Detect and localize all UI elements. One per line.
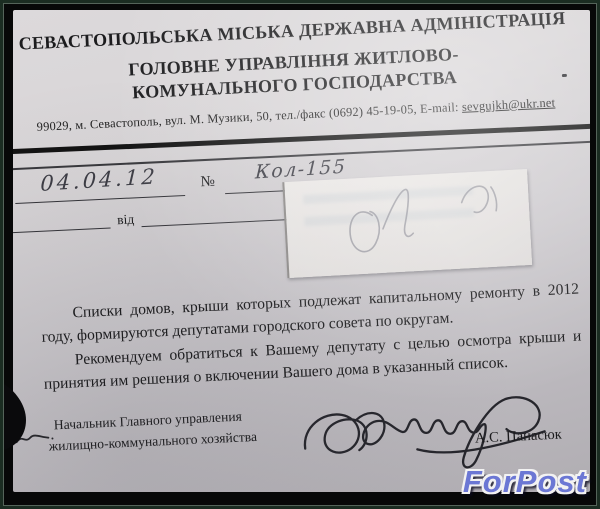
dark-object-at-edge <box>4 384 38 468</box>
frame-bevel-line <box>3 3 597 506</box>
forpost-watermark: ForPost <box>463 464 587 500</box>
photo-of-document: СЕВАСТОПОЛЬСЬКА МІСЬКА ДЕРЖАВНА АДМІНІСТ… <box>0 0 600 509</box>
